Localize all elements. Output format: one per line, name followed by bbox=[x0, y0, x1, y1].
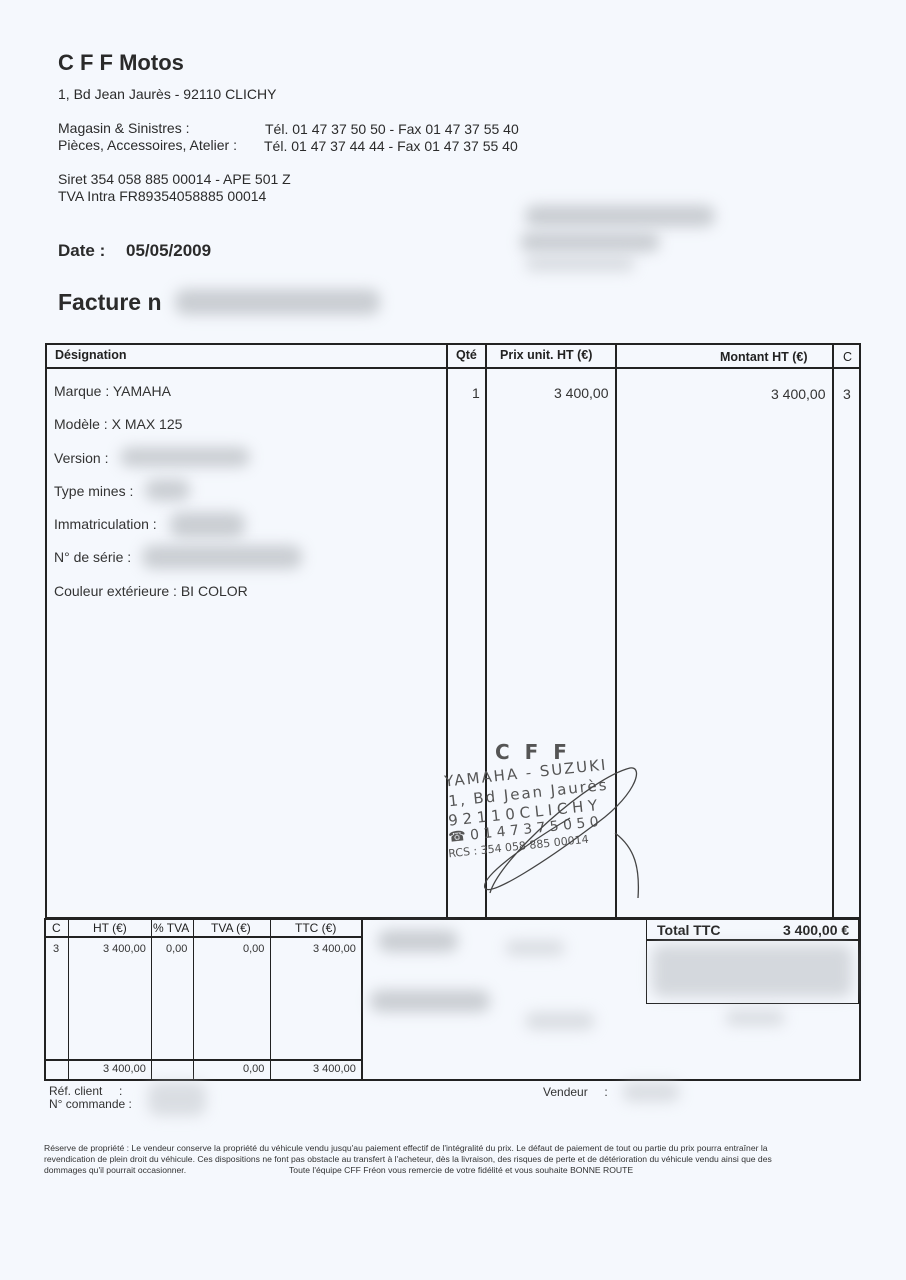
legal-line: Réserve de propriété : Le vendeur conser… bbox=[44, 1143, 834, 1154]
tax-header-tva: TVA (€) bbox=[211, 921, 251, 935]
row-unit-price: 3 400,00 bbox=[554, 385, 609, 401]
designation-model: Modèle : X MAX 125 bbox=[54, 416, 182, 432]
tax-row-code: 3 bbox=[53, 943, 59, 955]
company-stamp: C F F YAMAHA - SUZUKI 1, Bd Jean Jaurès … bbox=[440, 738, 650, 888]
contact-label-parts: Pièces, Accessoires, Atelier : bbox=[58, 137, 237, 153]
total-label: Total TTC bbox=[657, 922, 721, 938]
redacted-serial bbox=[142, 545, 302, 569]
redacted-payment-info bbox=[505, 940, 565, 956]
tax-header-ht: HT (€) bbox=[93, 921, 127, 935]
redacted-type-mines bbox=[145, 479, 190, 501]
company-name: C F F Motos bbox=[58, 50, 184, 76]
col-divider bbox=[832, 343, 834, 919]
redacted-payment-info bbox=[725, 1010, 785, 1026]
designation-type-mines: Type mines : bbox=[54, 483, 133, 499]
header-designation: Désignation bbox=[55, 348, 127, 362]
contact-label-shop: Magasin & Sinistres : bbox=[58, 120, 190, 136]
designation-color: Couleur extérieure : BI COLOR bbox=[54, 583, 248, 599]
closing-message: Toute l'équipe CFF Fréon vous remercie d… bbox=[289, 1165, 633, 1176]
col-divider bbox=[151, 918, 152, 1081]
date-label: Date : bbox=[58, 241, 105, 261]
redacted-payment-terms bbox=[652, 945, 852, 997]
designation-serial: N° de série : bbox=[54, 549, 131, 565]
redacted-payment-info bbox=[525, 1012, 595, 1030]
redacted-recipient-line bbox=[525, 205, 715, 227]
col-divider bbox=[68, 918, 69, 1081]
legal-line: revendication de plein droit du véhicule… bbox=[44, 1154, 834, 1165]
tax-header-rate: % TVA bbox=[153, 921, 189, 935]
col-divider bbox=[193, 918, 194, 1081]
ref-client-label: Réf. client : bbox=[49, 1084, 122, 1098]
tax-row-ht: 3 400,00 bbox=[103, 943, 146, 955]
invoice-title: Facture n bbox=[58, 289, 162, 316]
redacted-invoice-number bbox=[175, 289, 380, 315]
designation-version: Version : bbox=[54, 450, 108, 466]
row-code: 3 bbox=[843, 386, 851, 402]
redacted-recipient-line bbox=[520, 232, 660, 252]
designation-registration: Immatriculation : bbox=[54, 516, 157, 532]
tax-header-divider bbox=[44, 936, 361, 938]
contact-phone-shop: Tél. 01 47 37 50 50 - Fax 01 47 37 55 40 bbox=[265, 121, 519, 137]
redacted-client-ref bbox=[148, 1082, 206, 1116]
tax-header-ttc: TTC (€) bbox=[295, 921, 336, 935]
col-divider bbox=[361, 918, 363, 1081]
total-value: 3 400,00 € bbox=[783, 922, 849, 938]
invoice-date: 05/05/2009 bbox=[126, 241, 211, 261]
legal-notice: Réserve de propriété : Le vendeur conser… bbox=[44, 1143, 834, 1176]
company-address: 1, Bd Jean Jaurès - 92110 CLICHY bbox=[58, 86, 276, 102]
total-divider bbox=[646, 939, 859, 941]
header-amount: Montant HT (€) bbox=[720, 350, 807, 364]
redacted-seller bbox=[622, 1082, 680, 1102]
redacted-registration bbox=[170, 512, 245, 538]
header-divider bbox=[45, 367, 861, 369]
header-code: C bbox=[843, 350, 852, 364]
tax-total-tva: 0,00 bbox=[243, 1063, 264, 1075]
siret: Siret 354 058 885 00014 - APE 501 Z bbox=[58, 171, 291, 187]
tax-total-divider bbox=[44, 1059, 361, 1061]
tax-total-ht: 3 400,00 bbox=[103, 1063, 146, 1075]
row-qty: 1 bbox=[472, 385, 480, 401]
tax-header-code: C bbox=[52, 921, 61, 935]
legal-line: dommages qu'il pourrait occasionner. bbox=[44, 1165, 186, 1175]
header-unit-price: Prix unit. HT (€) bbox=[500, 348, 592, 362]
tax-row-rate: 0,00 bbox=[166, 943, 187, 955]
signature-icon bbox=[440, 738, 650, 898]
redacted-version bbox=[120, 447, 250, 467]
redacted-payment-info bbox=[378, 930, 458, 952]
seller-label: Vendeur : bbox=[543, 1085, 608, 1099]
header-qty: Qté bbox=[456, 348, 477, 362]
tax-total-ttc: 3 400,00 bbox=[313, 1063, 356, 1075]
redacted-recipient-line bbox=[525, 256, 635, 272]
designation-brand: Marque : YAMAHA bbox=[54, 383, 171, 399]
tax-row-ttc: 3 400,00 bbox=[313, 943, 356, 955]
tax-row-tva: 0,00 bbox=[243, 943, 264, 955]
redacted-payment-info bbox=[370, 990, 490, 1012]
col-divider bbox=[270, 918, 271, 1081]
contact-phone-parts: Tél. 01 47 37 44 44 - Fax 01 47 37 55 40 bbox=[264, 138, 518, 154]
order-number-label: N° commande : bbox=[49, 1097, 132, 1111]
row-amount: 3 400,00 bbox=[771, 386, 826, 402]
tva-intra: TVA Intra FR89354058885 00014 bbox=[58, 188, 266, 204]
